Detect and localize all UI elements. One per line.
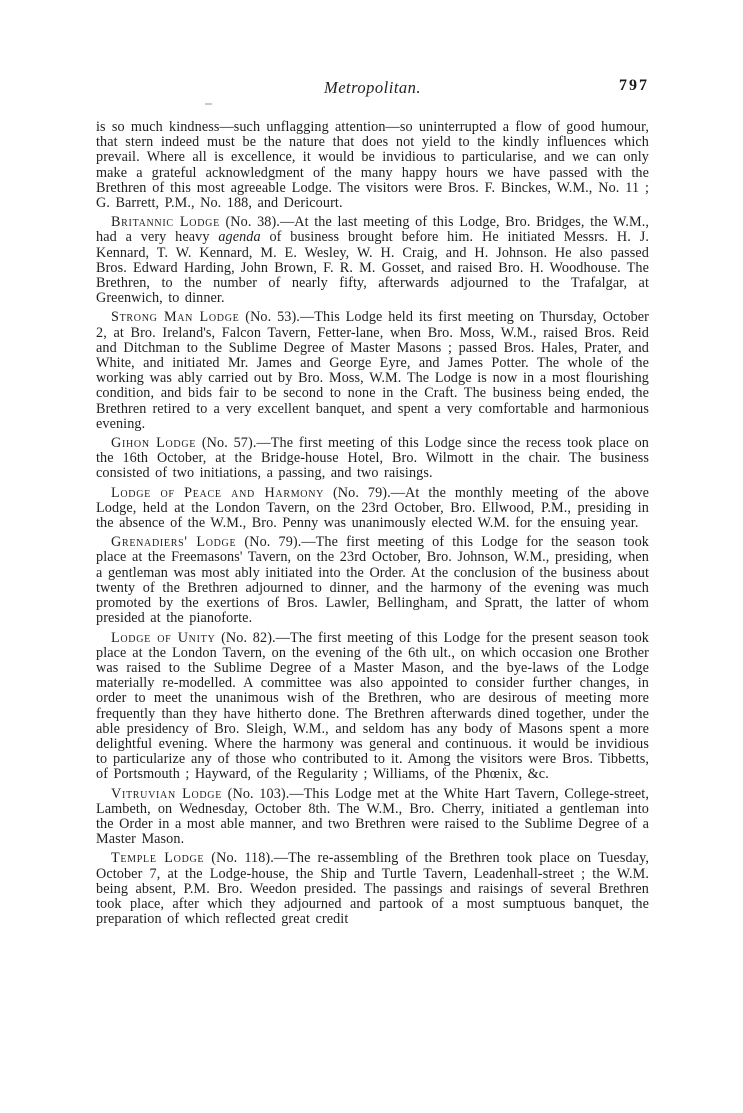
paragraph-gihon-lodge: Gihon Lodge (No. 57).—The first meeting … [96,436,649,482]
paragraph-continuation: is so much kindness—such unflagging atte… [96,120,649,211]
paragraph-britannic-lodge: Britannic Lodge (No. 38).—At the last me… [96,215,649,306]
lodge-name: Gihon Lodge [111,435,196,451]
lodge-name: Lodge of Unity [111,630,215,646]
paragraph-lodge-of-unity: Lodge of Unity (No. 82).—The first meeti… [96,631,649,783]
section-title: Metropolitan. [96,78,649,98]
lodge-name: Strong Man Lodge [111,309,239,325]
italic-word: agenda [218,229,260,245]
lodge-name: Grenadiers' Lodge [111,534,236,550]
paragraph-text: (No. 82).—The first meeting of this Lodg… [96,630,649,783]
lodge-name: Vitruvian Lodge [111,786,222,802]
lodge-name: Britannic Lodge [111,214,220,230]
paragraph-temple-lodge: Temple Lodge (No. 118).—The re-assemblin… [96,851,649,927]
paragraph-text: is so much kindness—such unflagging atte… [96,119,649,211]
running-head: Metropolitan. 797 [96,78,649,100]
text-block: Metropolitan. 797 is so much kindness—su… [96,78,649,931]
lodge-name: Lodge of Peace and Harmony [111,485,324,501]
paragraph-text: (No. 53).—This Lodge held its first meet… [96,309,649,431]
paragraph-strong-man-lodge: Strong Man Lodge (No. 53).—This Lodge he… [96,310,649,432]
lodge-name: Temple Lodge [111,850,204,866]
paragraph-vitruvian-lodge: Vitruvian Lodge (No. 103).—This Lodge me… [96,787,649,848]
page-number: 797 [619,77,649,95]
paragraph-grenadiers-lodge: Grenadiers' Lodge (No. 79).—The first me… [96,535,649,626]
paragraph-peace-and-harmony-lodge: Lodge of Peace and Harmony (No. 79).—At … [96,486,649,532]
scanned-book-page: Metropolitan. 797 is so much kindness—su… [0,0,743,1113]
